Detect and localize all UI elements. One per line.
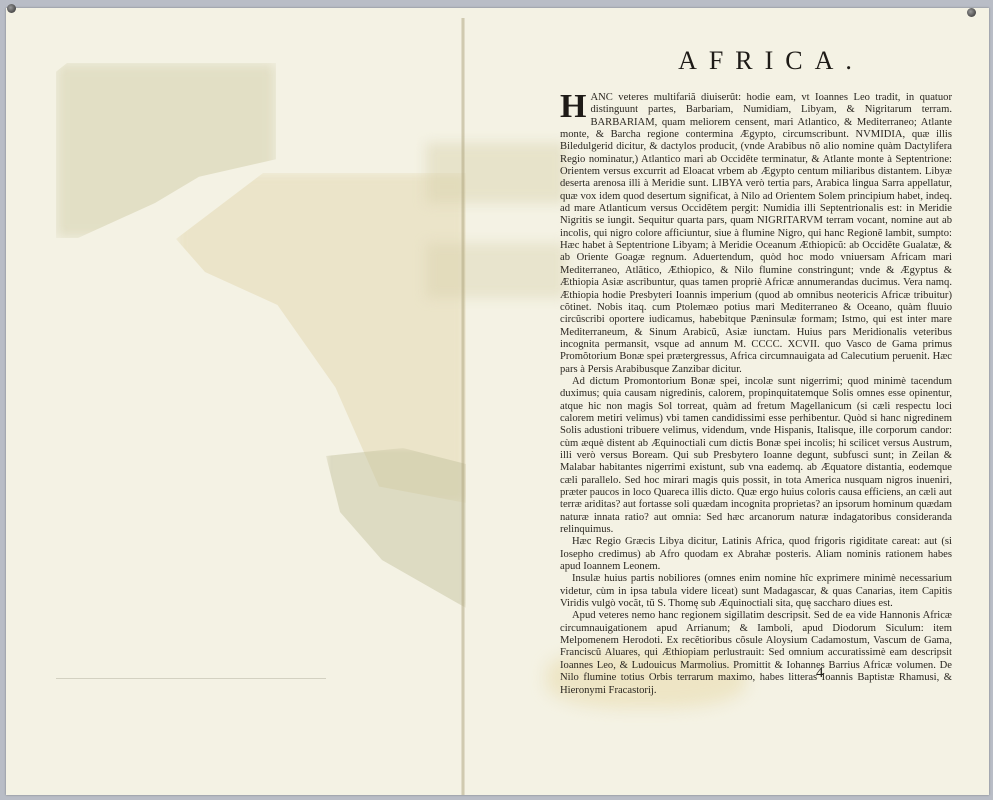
pin-icon (7, 4, 16, 13)
paragraph: Apud veteres nemo hanc regionem sigillat… (560, 610, 952, 696)
body-text: HANC veteres multifariã diuiserũt: hodie… (560, 92, 952, 697)
water-stain (56, 63, 276, 238)
paragraph: HANC veteres multifariã diuiserũt: hodie… (560, 92, 952, 376)
paragraph: Hæc Regio Græcis Libya dicitur, Latinis … (560, 536, 952, 573)
water-stain (176, 173, 466, 503)
page-title: AFRICA. (590, 46, 952, 76)
paragraph: Insulæ huius partis nobiliores (omnes en… (560, 573, 952, 610)
water-stain (426, 143, 566, 203)
drop-cap: H (560, 94, 586, 120)
center-fold (461, 18, 465, 795)
water-stain (426, 243, 566, 298)
pin-icon (967, 8, 976, 17)
paragraph: Ad dictum Promontorium Bonæ spei, incolæ… (560, 376, 952, 536)
text-page: AFRICA. HANC veteres multifariã diuiserũ… (560, 46, 952, 697)
plate-mark (56, 678, 326, 679)
water-stain (326, 448, 466, 608)
page-number: 4 (816, 665, 824, 682)
